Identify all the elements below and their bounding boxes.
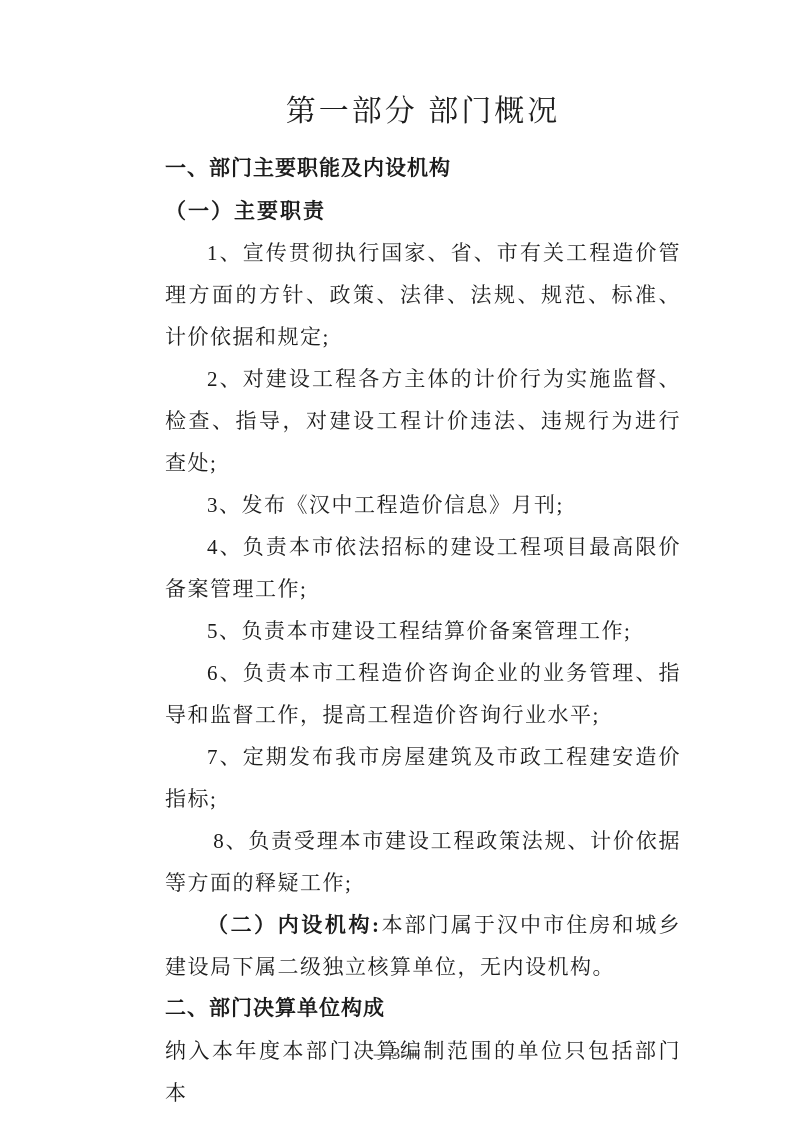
duty-item-5: 5、负责本市建设工程结算价备案管理工作; [165, 610, 681, 652]
document-page: 第一部分 部门概况 一、部门主要职能及内设机构 （一）主要职责 1、宣传贯彻执行… [0, 0, 793, 1122]
duty-item-1: 1、宣传贯彻执行国家、省、市有关工程造价管理方面的方针、政策、法律、法规、规范、… [165, 232, 681, 358]
section-2-heading: 二、部门决算单位构成 [165, 988, 681, 1030]
duty-item-3: 3、发布《汉中工程造价信息》月刊; [165, 484, 681, 526]
footer-page-number: —3— [0, 1044, 793, 1064]
subsection-2-paragraph: （二）内设机构:本部门属于汉中市住房和城乡建设局下属二级独立核算单位，无内设机构… [165, 904, 681, 988]
duty-item-8: 8、负责受理本市建设工程政策法规、计价依据等方面的释疑工作; [165, 820, 681, 904]
document-content: 第一部分 部门概况 一、部门主要职能及内设机构 （一）主要职责 1、宣传贯彻执行… [165, 90, 681, 1114]
duty-item-6: 6、负责本市工程造价咨询企业的业务管理、指导和监督工作，提高工程造价咨询行业水平… [165, 652, 681, 736]
section-2-paragraph: 纳入本年度本部门决算编制范围的单位只包括部门本 [165, 1030, 681, 1114]
duty-item-2: 2、对建设工程各方主体的计价行为实施监督、检查、指导，对建设工程计价违法、违规行… [165, 358, 681, 484]
subsection-2-heading: （二）内设机构: [207, 913, 381, 937]
document-title: 第一部分 部门概况 [165, 90, 681, 134]
duty-item-4: 4、负责本市依法招标的建设工程项目最高限价备案管理工作; [165, 526, 681, 610]
section-1-heading: 一、部门主要职能及内设机构 [165, 148, 681, 190]
duty-item-7: 7、定期发布我市房屋建筑及市政工程建安造价指标; [165, 736, 681, 820]
subsection-1-heading: （一）主要职责 [165, 190, 681, 232]
